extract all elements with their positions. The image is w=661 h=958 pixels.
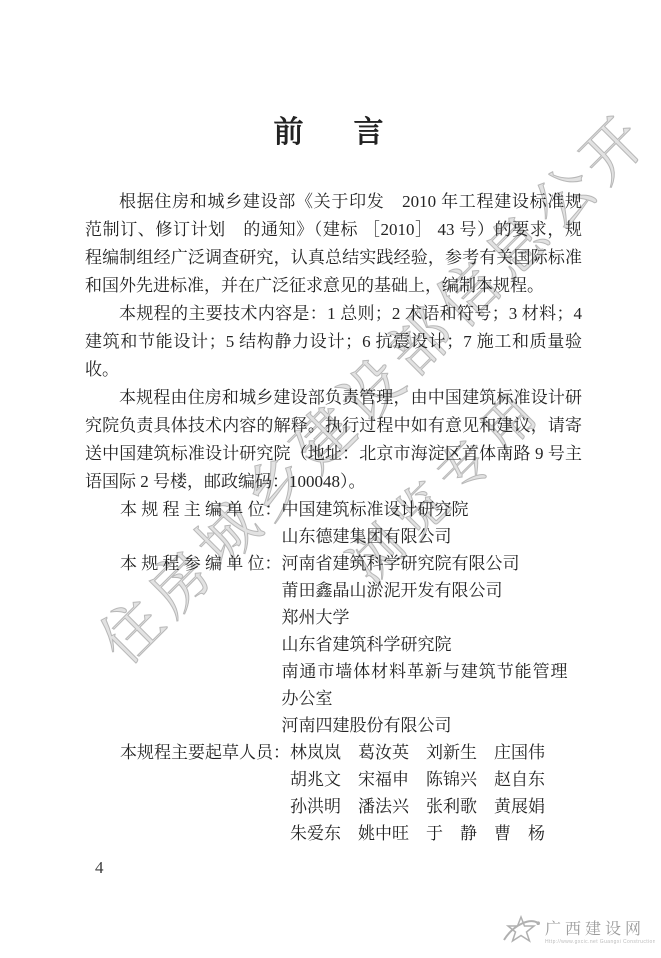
drafter-names-line: 林岚岚 葛汝英 刘新生 庄国伟	[290, 739, 576, 766]
credit-item: 河南省建筑科学研究院有限公司	[282, 550, 568, 577]
star-swoosh-icon	[501, 915, 541, 950]
drafter-names-line: 孙洪明 潘法兴 张利歌 黄展娟	[290, 793, 576, 820]
drafter-names-line: 朱爱东 姚中旺 于 静 曹 杨	[290, 820, 576, 847]
credit-item: 南通市墙体材料革新与建筑节能管理办公室	[282, 658, 568, 712]
credits-section: 本 规 程 主 编 单 位： 中国建筑标准设计研究院 山东德建集团有限公司 本 …	[85, 496, 582, 847]
chief-editor-items: 中国建筑标准设计研究院 山东德建集团有限公司	[282, 496, 568, 550]
co-editor-row: 本 规 程 参 编 单 位： 河南省建筑科学研究院有限公司 莆田鑫晶山淤泥开发有…	[85, 550, 582, 739]
site-logo-text: 广西建设网 Http://www.gxcic.net Guangxi Const…	[545, 921, 655, 945]
credit-item: 山东省建筑科学研究院	[282, 631, 568, 658]
page-content: 前 言 根据住房和城乡建设部《关于印发 2010 年工程建设标准规范制订、修订计…	[85, 112, 582, 847]
page-title: 前 言	[85, 112, 582, 154]
credit-item: 莆田鑫晶山淤泥开发有限公司	[282, 577, 568, 604]
page-number: 4	[95, 858, 104, 878]
site-logo: 广西建设网 Http://www.gxcic.net Guangxi Const…	[501, 915, 655, 950]
drafters-items: 林岚岚 葛汝英 刘新生 庄国伟 胡兆文 宋福申 陈锦兴 赵自东 孙洪明 潘法兴 …	[290, 739, 576, 847]
chief-editor-row: 本 规 程 主 编 单 位： 中国建筑标准设计研究院 山东德建集团有限公司	[85, 496, 582, 550]
paragraph-management: 本规程由住房和城乡建设部负责管理，由中国建筑标准设计研究院负责具体技术内容的解释…	[85, 384, 582, 496]
document-page: 住房城乡建设部信息公开 浏览专用 前 言 根据住房和城乡建设部《关于印发 201…	[0, 0, 661, 958]
credit-item: 山东德建集团有限公司	[282, 523, 568, 550]
paragraph-contents: 本规程的主要技术内容是：1 总则；2 术语和符号；3 材料；4 建筑和节能设计；…	[85, 300, 582, 384]
co-editor-label: 本 规 程 参 编 单 位：	[120, 550, 282, 577]
drafter-names-line: 胡兆文 宋福申 陈锦兴 赵自东	[290, 766, 576, 793]
credit-item: 河南四建股份有限公司	[282, 712, 568, 739]
co-editor-items: 河南省建筑科学研究院有限公司 莆田鑫晶山淤泥开发有限公司 郑州大学 山东省建筑科…	[282, 550, 568, 739]
site-tagline: Http://www.gxcic.net Guangxi Constructio…	[545, 939, 655, 945]
credit-item: 中国建筑标准设计研究院	[282, 496, 568, 523]
drafters-row: 本规程主要起草人员： 林岚岚 葛汝英 刘新生 庄国伟 胡兆文 宋福申 陈锦兴 赵…	[85, 739, 582, 847]
chief-editor-label: 本 规 程 主 编 单 位：	[120, 496, 282, 523]
credit-item: 郑州大学	[282, 604, 568, 631]
site-name: 广西建设网	[545, 921, 655, 939]
paragraph-basis: 根据住房和城乡建设部《关于印发 2010 年工程建设标准规范制订、修订计划 的通…	[85, 188, 582, 300]
drafters-label: 本规程主要起草人员：	[120, 739, 290, 766]
